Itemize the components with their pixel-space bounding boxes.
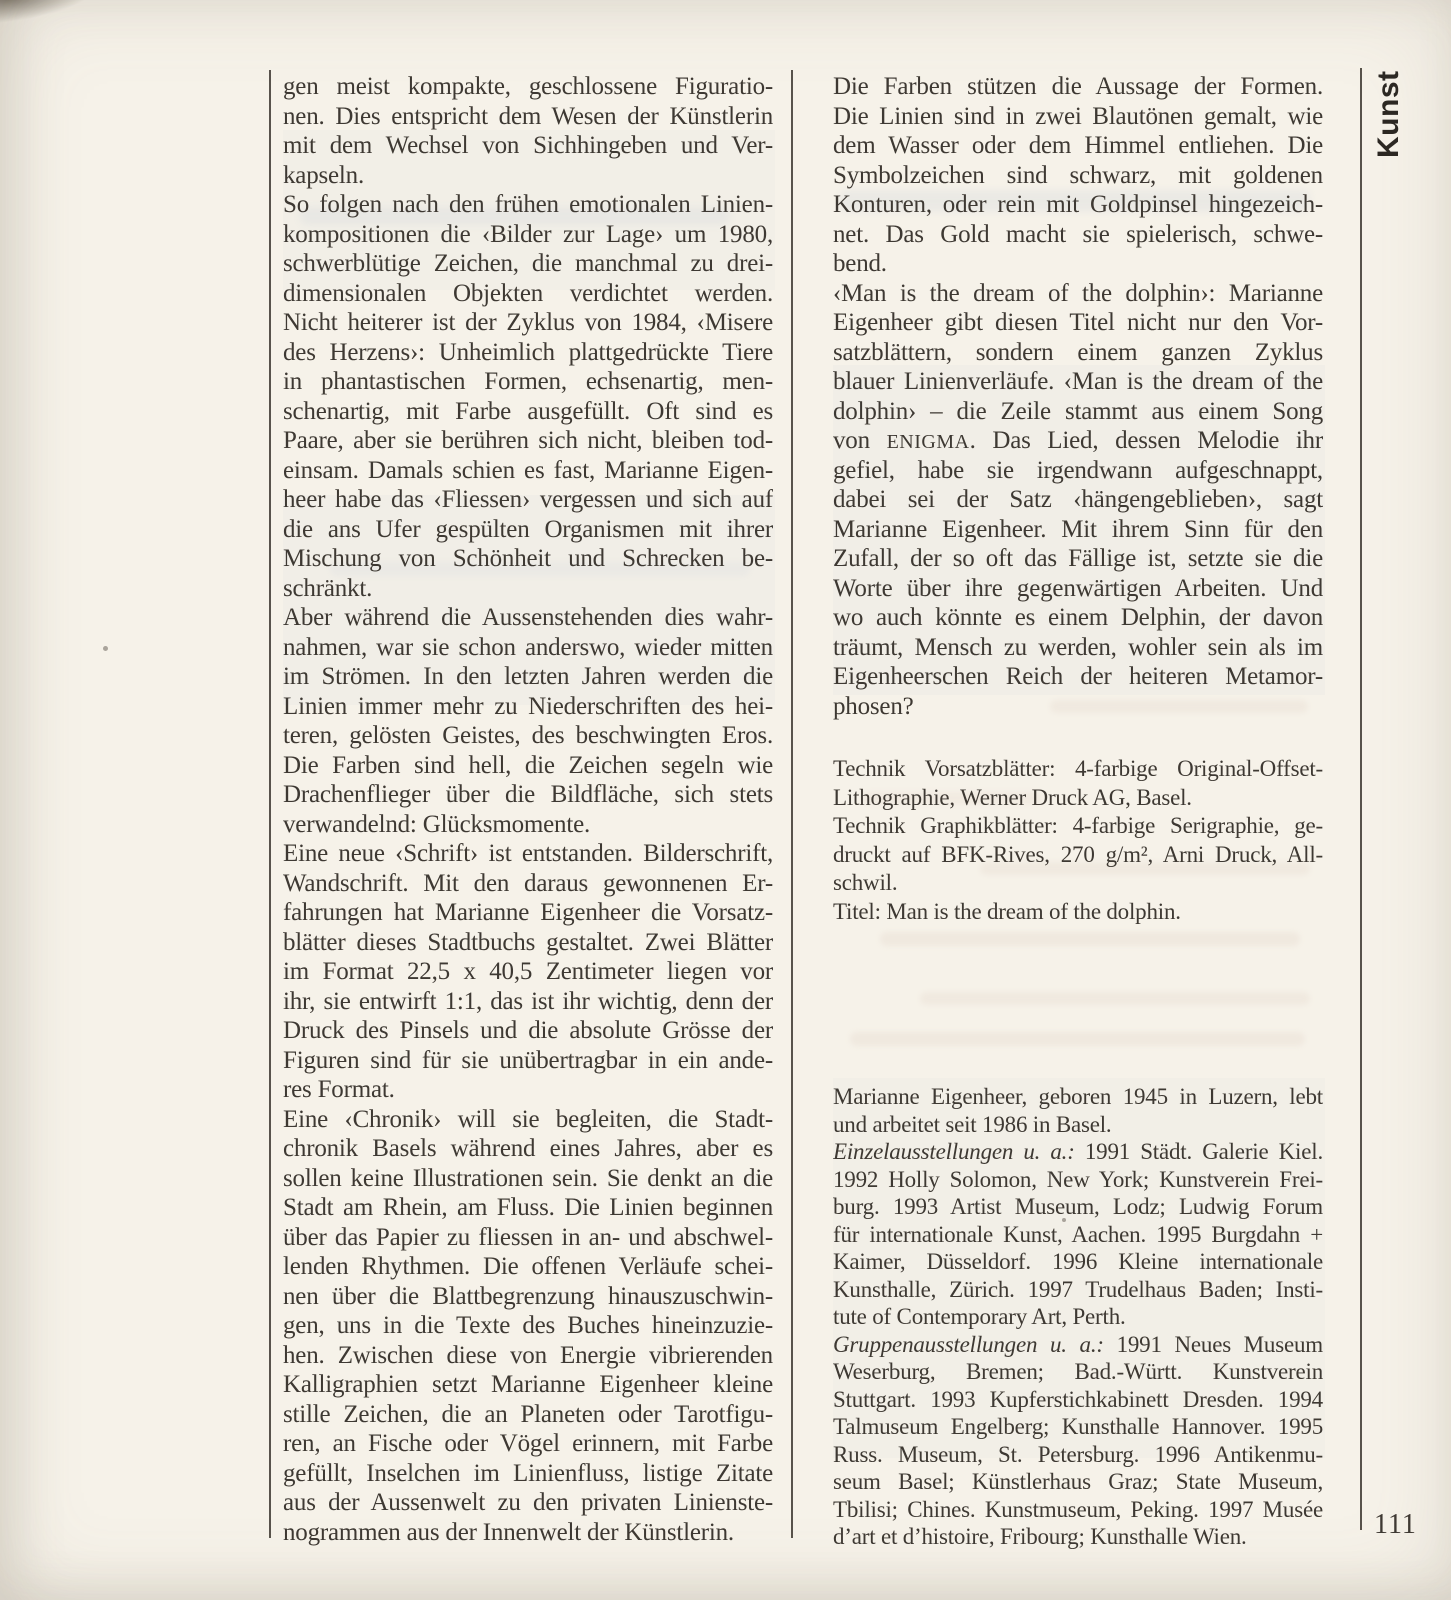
text-line: schenartig, mit Farbe ausgefüllt. Oft si…: [283, 397, 773, 427]
text-line: Linien immer mehr zu Niederschriften des…: [283, 692, 773, 722]
text-line: gen meist kompakte, geschlossene Figurat…: [283, 72, 773, 102]
text-line: einsam. Damals schien es fast, Marianne …: [283, 456, 773, 486]
text-line: phosen?: [833, 692, 1323, 722]
technik-note-block: Technik Vorsatzblätter: 4-farbige Origin…: [833, 755, 1323, 926]
text-line: Stadt am Rhein, am Fluss. Die Linien beg…: [283, 1193, 773, 1223]
text-line: nen. Dies entspricht dem Wesen der Künst…: [283, 102, 773, 132]
text-line: blätter dieses Stadtbuchs gestaltet. Zwe…: [283, 928, 773, 958]
text-line: Figuren sind für sie unübertragbar in ei…: [283, 1046, 773, 1076]
text-line: heer habe das ‹Fliessen› vergessen und s…: [283, 485, 773, 515]
left-column-rule: [269, 70, 271, 1538]
section-label-kunst: Kunst: [1372, 71, 1406, 159]
text-line: Technik Graphikblätter: 4-farbige Serigr…: [833, 812, 1323, 841]
text-line: Die Farben stützen die Aussage der Forme…: [833, 72, 1323, 102]
text-line: in phantastischen Formen, echsenartig, m…: [283, 367, 773, 397]
text-line: aus der Aussenwelt zu den privaten Linie…: [283, 1488, 773, 1518]
text: 1991 Neues Museum: [1104, 1332, 1323, 1357]
text-line: So folgen nach den frühen emotionalen Li…: [283, 190, 773, 220]
text-line: schwerblütige Zeichen, die manchmal zu d…: [283, 249, 773, 279]
text-line: Marianne Eigenheer, geboren 1945 in Luze…: [833, 1083, 1323, 1111]
text-line: blauer Linienverläufe. ‹Man is the dream…: [833, 367, 1323, 397]
text-line: Marianne Eigenheer. Mit ihrem Sinn für d…: [833, 515, 1323, 545]
text-line: lenden Rhythmen. Die offenen Verläufe sc…: [283, 1252, 773, 1282]
text-line: Weserburg, Bremen; Bad.-Württ. Kunstvere…: [833, 1358, 1323, 1386]
text-line: dolphin› – die Zeile stammt aus einem So…: [833, 397, 1323, 427]
text: 1991 Städt. Galerie Kiel.: [1075, 1139, 1323, 1164]
text-line: Konturen, oder rein mit Goldpinsel hinge…: [833, 190, 1323, 220]
text-line: nen über die Blattbegrenzung hinauszusch…: [283, 1282, 773, 1312]
text-line: seum Basel; Künstlerhaus Graz; State Mus…: [833, 1468, 1323, 1496]
scan-speck: [103, 646, 108, 651]
text-line: mit dem Wechsel von Sichhingeben und Ver…: [283, 131, 773, 161]
text-line: Die Linien sind in zwei Blautönen gemalt…: [833, 102, 1323, 132]
text-line: Nicht heiterer ist der Zyklus von 1984, …: [283, 308, 773, 338]
text-line: Gruppenausstellungen u. a.: 1991 Neues M…: [833, 1331, 1323, 1359]
text-line: Stuttgart. 1993 Kupferstichkabinett Dres…: [833, 1386, 1323, 1414]
text-line: 1992 Holly Solomon, New York; Kunstverei…: [833, 1166, 1323, 1194]
text-line: Drachenflieger über die Bildfläche, sich…: [283, 780, 773, 810]
text-line: gefiel, habe sie irgendwann aufgeschnapp…: [833, 456, 1323, 486]
text-line: träumt, Mensch zu werden, wohler sein al…: [833, 633, 1323, 663]
italic-text: Gruppenausstellungen u. a.:: [833, 1332, 1104, 1357]
text-line: dimensionalen Objekten verdichtet werden…: [283, 279, 773, 309]
text-line: dabei sei der Satz ‹hängengeblieben›, sa…: [833, 485, 1323, 515]
text-line: Mischung von Schönheit und Schrecken be-: [283, 544, 773, 574]
text-line: fahrungen hat Marianne Eigenheer die Vor…: [283, 898, 773, 928]
text-line: Eine neue ‹Schrift› ist entstanden. Bild…: [283, 839, 773, 869]
text-line: kompositionen die ‹Bilder zur Lage› um 1…: [283, 220, 773, 250]
text-line: über das Papier zu fliessen in an- und a…: [283, 1223, 773, 1253]
page-number: 111: [1374, 1509, 1417, 1541]
text-line: Die Farben sind hell, die Zeichen segeln…: [283, 751, 773, 781]
text-line: von ENIGMA. Das Lied, dessen Melodie ihr: [833, 426, 1323, 456]
text-line: d’art et d’histoire, Fribourg; Kunsthall…: [833, 1523, 1323, 1551]
text-line: gefüllt, Inselchen im Linienfluss, listi…: [283, 1459, 773, 1489]
text-line: ‹Man is the dream of the dolphin›: Maria…: [833, 279, 1323, 309]
text-line: Einzelausstellungen u. a.: 1991 Städt. G…: [833, 1138, 1323, 1166]
text-line: nogrammen aus der Innenwelt der Künstler…: [283, 1518, 773, 1548]
column-divider-rule: [791, 70, 793, 1538]
text-line: teren, gelösten Geistes, des beschwingte…: [283, 721, 773, 751]
text-line: ihr, sie entwirft 1:1, das ist ihr wicht…: [283, 987, 773, 1017]
text-line: druckt auf BFK-Rives, 270 g/m², Arni Dru…: [833, 841, 1323, 870]
text-line: nahmen, war sie schon anderswo, wieder m…: [283, 633, 773, 663]
text-line: dem Wasser oder dem Himmel entliehen. Di…: [833, 131, 1323, 161]
text-line: Tbilisi; Chines. Kunstmuseum, Peking. 19…: [833, 1496, 1323, 1524]
margin-rule: [1360, 68, 1362, 1530]
text-line: Druck des Pinsels und die absolute Gröss…: [283, 1016, 773, 1046]
italic-text: Einzelausstellungen u. a.:: [833, 1139, 1075, 1164]
text-line: kapseln.: [283, 161, 773, 191]
text-line: im Format 22,5 x 40,5 Zentimeter liegen …: [283, 957, 773, 987]
text-line: Talmuseum Engelberg; Kunsthalle Hannover…: [833, 1413, 1323, 1441]
text-line: bend.: [833, 249, 1323, 279]
scanned-magazine-page: gen meist kompakte, geschlossene Figurat…: [0, 0, 1451, 1600]
text-line: Paare, aber sie berühren sich nicht, ble…: [283, 426, 773, 456]
text-line: Zufall, der so oft das Fällige ist, setz…: [833, 544, 1323, 574]
body-text-block: Die Farben stützen die Aussage der Forme…: [833, 72, 1323, 721]
text-line: verwandelnd: Glücksmomente.: [283, 810, 773, 840]
text-line: des Herzens›: Unheimlich plattgedrückte …: [283, 338, 773, 368]
text-line: wo auch könnte es einem Delphin, der dav…: [833, 603, 1323, 633]
text-line: Kaimer, Düsseldorf. 1996 Kleine internat…: [833, 1248, 1323, 1276]
biography-block: Marianne Eigenheer, geboren 1945 in Luze…: [833, 1083, 1323, 1551]
text: von: [833, 427, 887, 454]
text-line: Russ. Museum, St. Petersburg. 1996 Antik…: [833, 1441, 1323, 1469]
smallcaps-text: ENIGMA: [887, 431, 970, 453]
text-line: für internationale Kunst, Aachen. 1995 B…: [833, 1221, 1323, 1249]
text-line: und arbeitet seit 1986 in Basel.: [833, 1111, 1323, 1139]
text-line: Eine ‹Chronik› will sie begleiten, die S…: [283, 1105, 773, 1135]
text-line: ren, an Fische oder Vögel erinnern, mit …: [283, 1429, 773, 1459]
text-line: sollen keine Illustrationen sein. Sie de…: [283, 1164, 773, 1194]
text-line: Eigenheer gibt diesen Titel nicht nur de…: [833, 308, 1323, 338]
right-column: Die Farben stützen die Aussage der Forme…: [833, 72, 1323, 1551]
text-line: burg. 1993 Artist Museum, Lodz; Ludwig F…: [833, 1193, 1323, 1221]
text-line: im Strömen. In den letzten Jahren werden…: [283, 662, 773, 692]
scan-corner-artifact: [0, 0, 98, 25]
text-line: chronik Basels während eines Jahres, abe…: [283, 1134, 773, 1164]
text-line: hen. Zwischen diese von Energie vibriere…: [283, 1341, 773, 1371]
text-line: Kunsthalle, Zürich. 1997 Trudelhaus Bade…: [833, 1276, 1323, 1304]
text-line: satzblättern, sondern einem ganzen Zyklu…: [833, 338, 1323, 368]
text-line: Wandschrift. Mit den daraus gewonnenen E…: [283, 869, 773, 899]
text-line: res Format.: [283, 1075, 773, 1105]
text-line: schwil.: [833, 869, 1323, 898]
text-line: schränkt.: [283, 574, 773, 604]
text-line: Worte über ihre gegenwärtigen Arbeiten. …: [833, 574, 1323, 604]
text-line: Technik Vorsatzblätter: 4-farbige Origin…: [833, 755, 1323, 784]
text-line: Kalligraphien setzt Marianne Eigenheer k…: [283, 1370, 773, 1400]
body-text-block: gen meist kompakte, geschlossene Figurat…: [283, 72, 773, 1547]
text: . Das Lied, dessen Melodie ihr: [970, 427, 1323, 454]
text-line: Aber während die Aussenstehenden dies wa…: [283, 603, 773, 633]
text-line: Titel: Man is the dream of the dolphin.: [833, 898, 1323, 927]
text-line: gen, uns in die Texte des Buches hineinz…: [283, 1311, 773, 1341]
text-line: net. Das Gold macht sie spielerisch, sch…: [833, 220, 1323, 250]
text-line: stille Zeichen, die an Planeten oder Tar…: [283, 1400, 773, 1430]
text-line: die ans Ufer gespülten Organismen mit ih…: [283, 515, 773, 545]
text-line: tute of Contemporary Art, Perth.: [833, 1303, 1323, 1331]
left-column: gen meist kompakte, geschlossene Figurat…: [283, 72, 773, 1547]
text-line: Eigenheerschen Reich der heiteren Metamo…: [833, 662, 1323, 692]
text-line: Lithographie, Werner Druck AG, Basel.: [833, 784, 1323, 813]
text-line: Symbolzeichen sind schwarz, mit goldenen: [833, 161, 1323, 191]
